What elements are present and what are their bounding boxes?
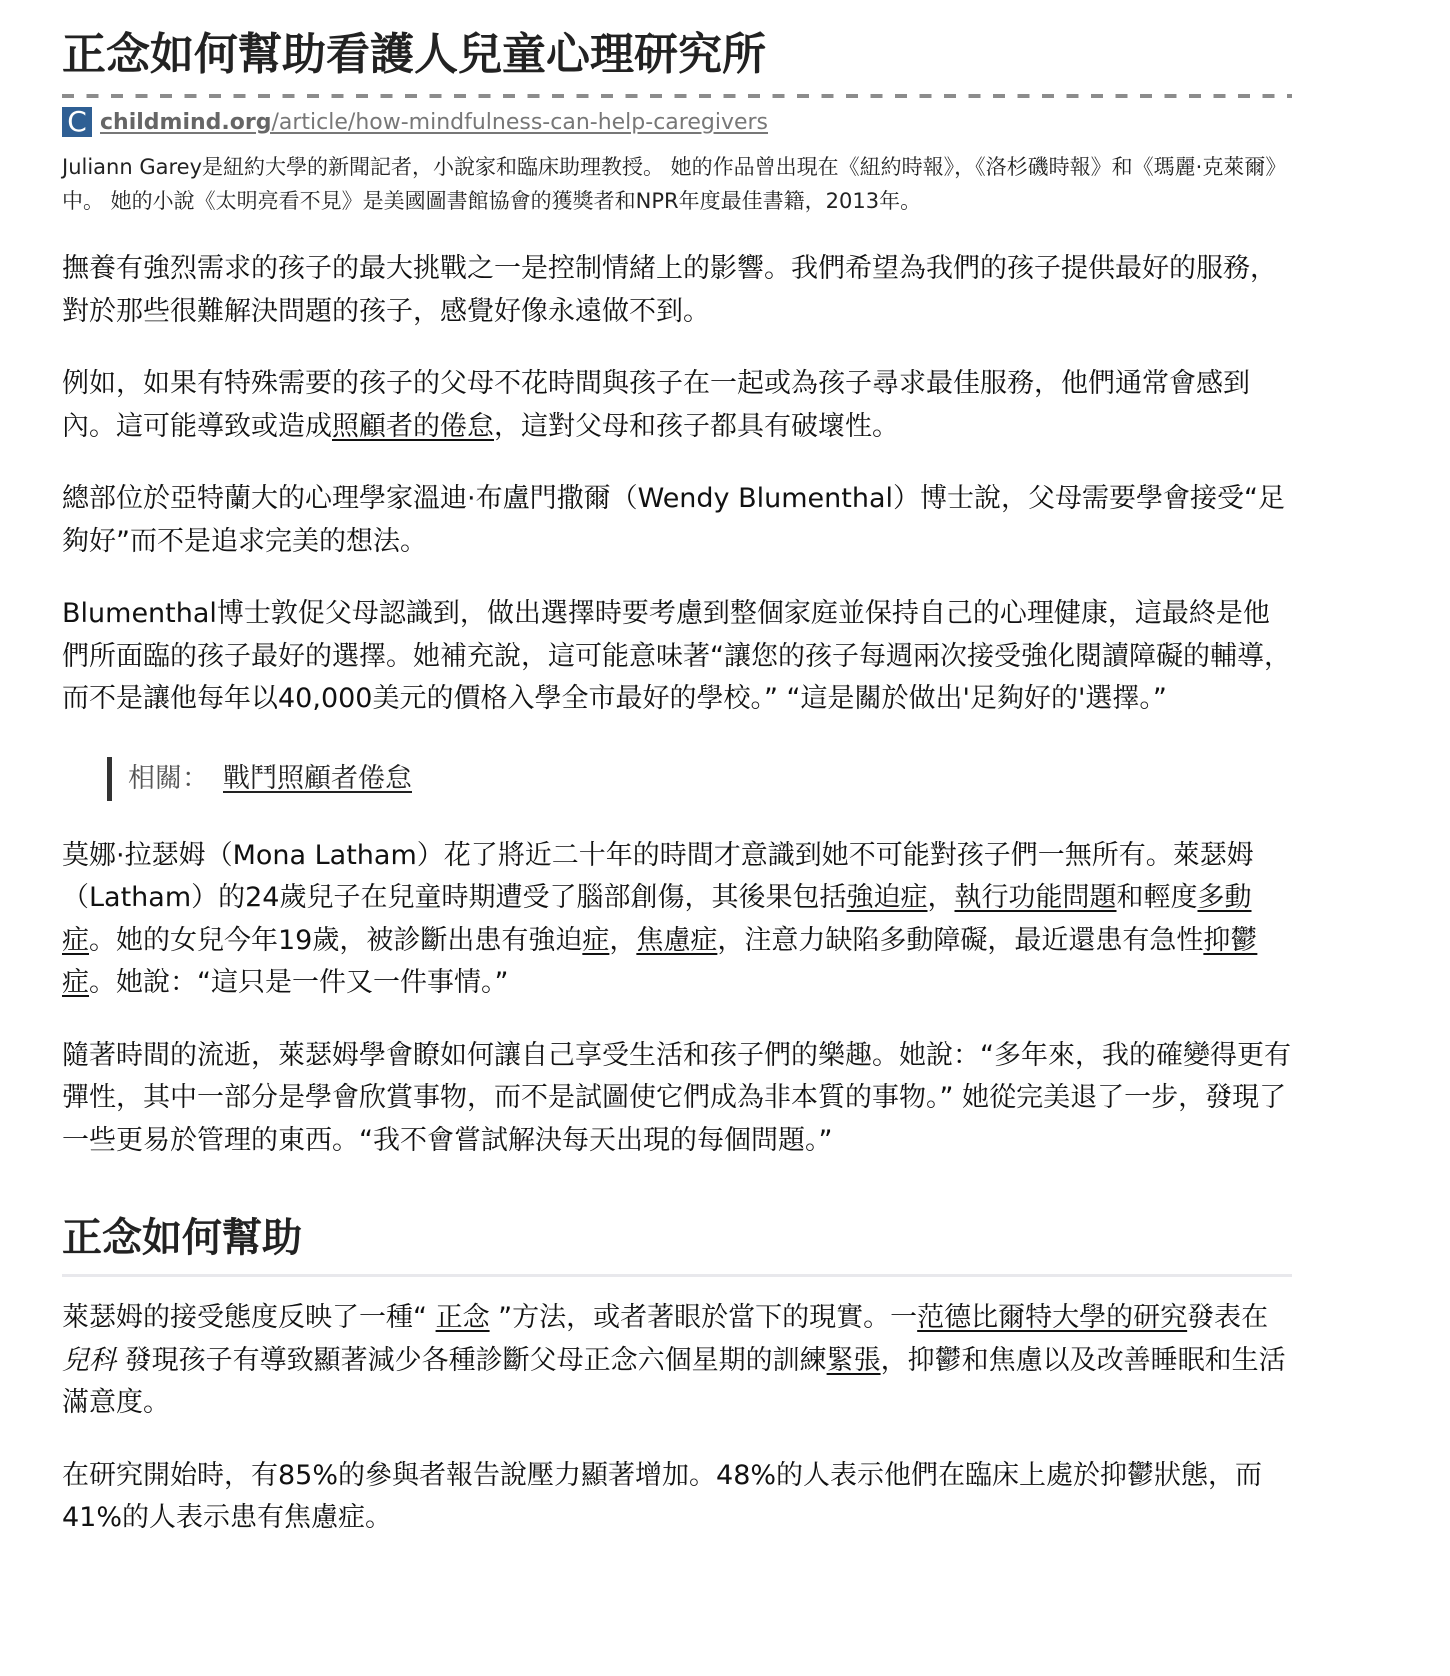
paragraph-2-text-b: ，這對父母和孩子都具有破壞性。 (494, 411, 899, 442)
ocd-link-2[interactable]: 症 (582, 925, 609, 956)
stress-link[interactable]: 緊張 (827, 1345, 881, 1376)
article-page: 正念如何幫助看護人兒童心理研究所 C childmind.org/article… (0, 0, 1450, 1540)
section-heading: 正念如何幫助 (62, 1208, 1292, 1268)
paragraph-6: 隨著時間的流逝，萊瑟姆學會瞭如何讓自己享受生活和孩子們的樂趣。她說：“多年來，我… (62, 1035, 1292, 1163)
paragraph-4: Blumenthal博士敦促父母認識到，做出選擇時要考慮到整個家庭並保持自己的心… (62, 593, 1292, 721)
mindfulness-link[interactable]: 正念 (436, 1302, 490, 1333)
ocd-link[interactable]: 強迫症 (847, 882, 928, 913)
site-favicon-icon: C (62, 107, 92, 137)
paragraph-8: 在研究開始時，有85%的參與者報告說壓力顯著增加。48%的人表示他們在臨床上處於… (62, 1455, 1292, 1540)
related-article-link[interactable]: 戰鬥照顧者倦怠 (223, 763, 412, 794)
paragraph-7-text-c: 發表在 (1187, 1302, 1268, 1333)
dashed-divider (62, 94, 1292, 98)
paragraph-7-text-a: 萊瑟姆的接受態度反映了一種“ (62, 1302, 436, 1333)
paragraph-7-text-b: ”方法，或者著眼於當下的現實。一 (490, 1302, 918, 1333)
paragraph-5-text-e: ， (609, 925, 636, 956)
source-url-link[interactable]: childmind.org/article/how-mindfulness-ca… (100, 110, 768, 135)
section-divider (62, 1274, 1292, 1277)
article-title: 正念如何幫助看護人兒童心理研究所 (62, 24, 1292, 86)
caregiver-burnout-link[interactable]: 照顧者的倦怠 (332, 411, 494, 442)
paragraph-1: 撫養有強烈需求的孩子的最大挑戰之一是控制情緒上的影響。我們希望為我們的孩子提供最… (62, 248, 1292, 333)
source-row: C childmind.org/article/how-mindfulness-… (62, 106, 1292, 138)
related-label: 相關： (128, 763, 209, 794)
paragraph-5-text-g: 。她說：“這只是一件又一件事情。” (89, 967, 508, 998)
executive-function-link[interactable]: 執行功能問題 (955, 882, 1117, 913)
paragraph-7: 萊瑟姆的接受態度反映了一種“ 正念 ”方法，或者著眼於當下的現實。一范德比爾特大… (62, 1297, 1292, 1425)
paragraph-5-text-b: ， (928, 882, 955, 913)
related-callout: 相關：戰鬥照顧者倦怠 (107, 757, 1292, 801)
anxiety-link[interactable]: 焦慮症 (636, 925, 717, 956)
paragraph-3: 總部位於亞特蘭大的心理學家溫迪·布盧門撒爾（Wendy Blumenthal）博… (62, 478, 1292, 563)
paragraph-7-text-d: 發現孩子有導致顯著減少各種診斷父母正念六個星期的訓練 (116, 1345, 827, 1376)
paragraph-5-text-f: ，注意力缺陷多動障礙，最近還患有急性 (717, 925, 1203, 956)
paragraph-2: 例如，如果有特殊需要的孩子的父母不花時間與孩子在一起或為孩子尋求最佳服務，他們通… (62, 363, 1292, 448)
paragraph-5: 莫娜·拉瑟姆（Mona Latham）花了將近二十年的時間才意識到她不可能對孩子… (62, 835, 1292, 1005)
paragraph-5-text-d: 。她的女兒今年19歲，被診斷出患有強迫 (89, 925, 582, 956)
source-domain: childmind.org (100, 110, 271, 135)
vanderbilt-study-link[interactable]: 范德比爾特大學的研究 (917, 1302, 1187, 1333)
paragraph-5-text-c: 和輕度 (1117, 882, 1198, 913)
author-byline: Juliann Garey是紐約大學的新聞記者，小說家和臨床助理教授。 她的作品… (62, 150, 1292, 218)
journal-name: 兒科 (62, 1345, 116, 1376)
source-path: /article/how-mindfulness-can-help-caregi… (271, 110, 768, 135)
